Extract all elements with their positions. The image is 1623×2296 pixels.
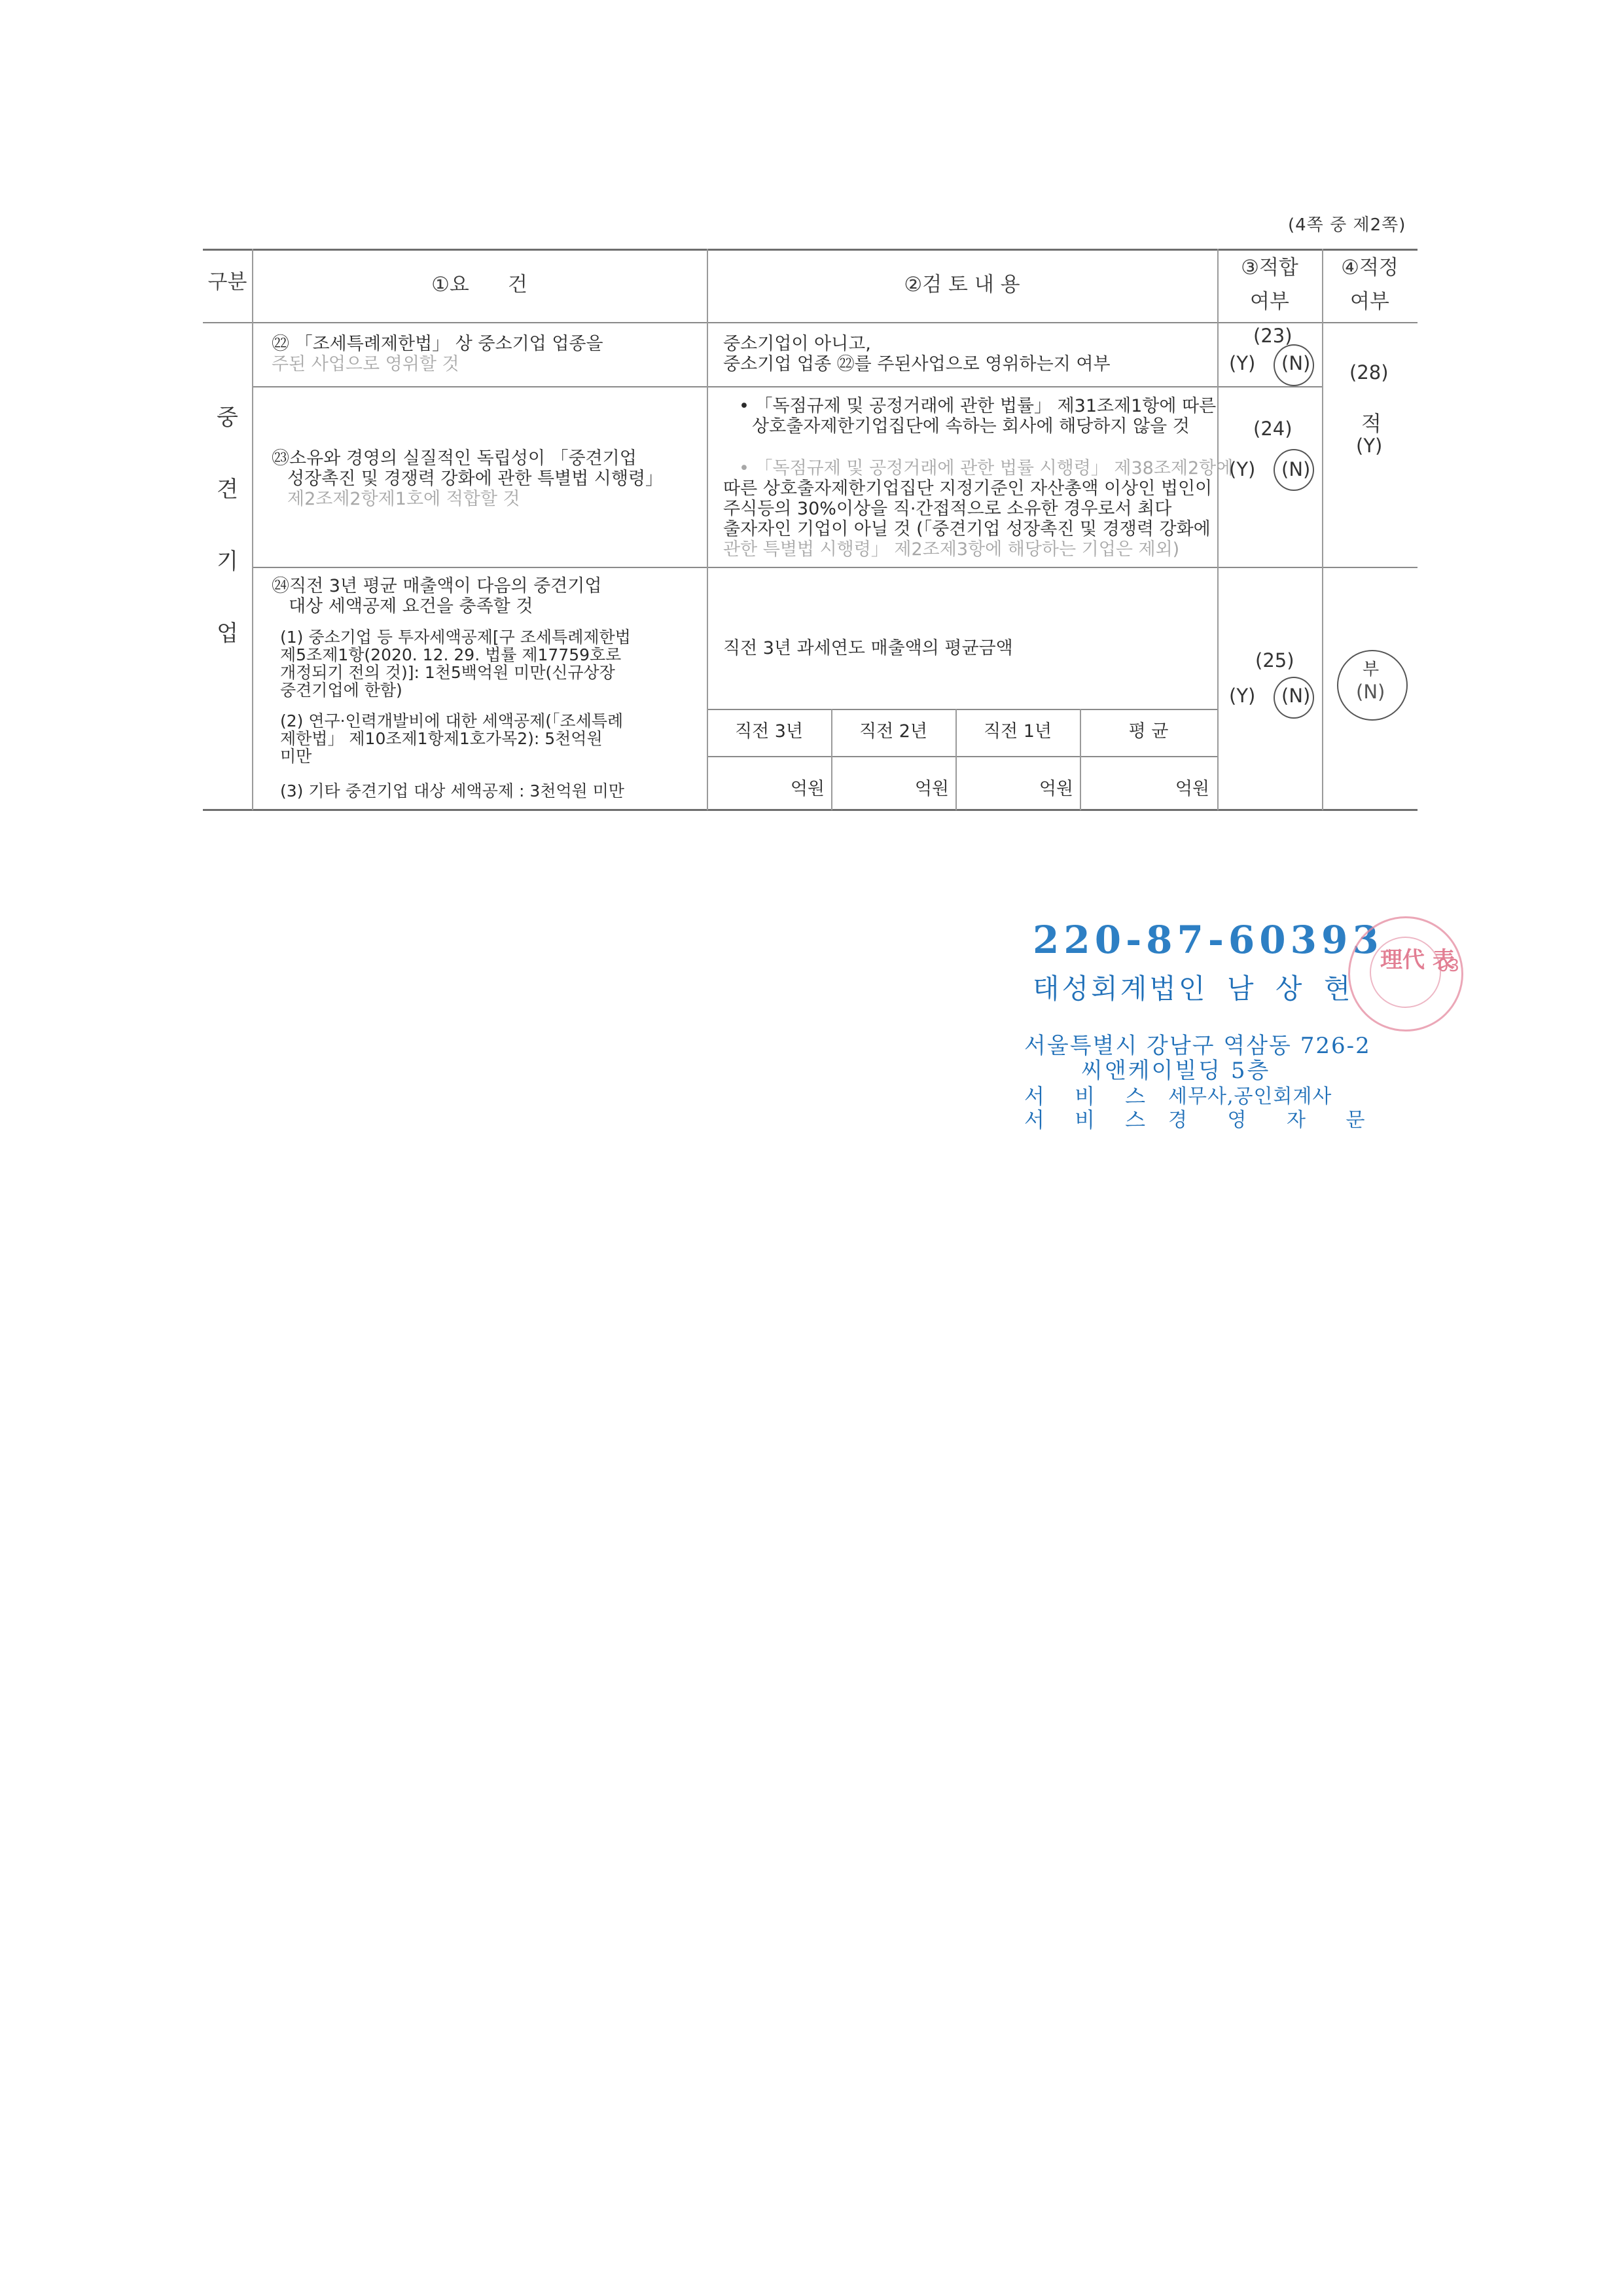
category-char-2: 견 [203,471,252,503]
revenue-header-2y: 직전 2년 [831,721,955,742]
row1-divider [252,386,1322,387]
row3-sub-item-2: (2) 연구·인력개발비에 대한 세액공제(「조세특례 제한법」 제10조제1항… [280,712,623,765]
revenue-header-bottom [707,756,1217,757]
page-indicator: (4쪽 중 제2쪽) [1288,211,1406,236]
revenue-value-2y[interactable]: 억원 [831,779,949,799]
revenue-value-1y[interactable]: 억원 [955,779,1073,799]
firm-name: 태성회계법인 [1033,967,1207,1007]
seal-number: 03 [1438,956,1459,976]
row1-fit-yes[interactable]: (Y) [1229,352,1255,374]
category-char-3: 기 [203,543,252,575]
revenue-header-3y: 직전 3년 [707,721,831,742]
header-requirement: ①요 건 [252,275,707,295]
revenue-header-1y: 직전 1년 [955,721,1080,742]
row3-sub-item-1: (1) 중소기업 등 투자세액공제[구 조세특례제한법 제5조제1항(2020.… [280,628,631,699]
header-review: ②검 토 내 용 [707,275,1217,295]
row1-requirement: ㉒ 「조세특례제한법」 상 중소기업 업종을 주된 사업으로 영위할 것 [272,334,603,374]
appropriate-row3-circle [1337,650,1408,721]
row2-review-bullet-2: • 「독점규제 및 공정거래에 관한 법률 시행령」 제38조제2항에 따른 상… [723,458,1233,560]
header-appropriate-line1: ④적정 [1322,258,1418,278]
official-seal-icon: 理代 表 03 [1348,916,1463,1031]
revenue-header-top [707,709,1217,710]
row3-fit-yes[interactable]: (Y) [1229,685,1255,707]
revenue-header-avg: 평 균 [1080,721,1217,742]
category-char-4: 업 [203,615,252,647]
header-fit-line2: 여부 [1217,292,1322,312]
row3-review-text: 직전 3년 과세연도 매출액의 평균금액 [723,638,1013,658]
row3-fit-no-circle [1274,677,1314,719]
review-table: 구분 ①요 건 ②검 토 내 용 ③적합 여부 ④적정 여부 중 견 기 업 ㉒… [203,249,1418,810]
row2-fit-yes[interactable]: (Y) [1229,458,1255,480]
representative-name: 남 상 현 [1227,967,1357,1007]
revenue-value-3y[interactable]: 억원 [707,779,825,799]
appropriate-code: (28) [1349,361,1389,384]
service-value-2: 경 영 자 문 [1168,1103,1382,1132]
header-appropriate-line2: 여부 [1322,292,1418,312]
row3-requirement: ㉔직전 3년 평균 매출액이 다음의 중견기업 대상 세액공제 요건을 충족할 … [272,576,601,617]
revenue-value-avg[interactable]: 억원 [1080,779,1209,799]
row1-review: 중소기업이 아니고, 중소기업 업종 ㉒를 주된사업으로 영위하는지 여부 [723,334,1111,374]
service-label-2: 서 비 스 [1024,1103,1157,1134]
table-bottom-border [203,809,1418,811]
row2-divider-col4 [1322,567,1418,568]
row1-fit-no-circle [1274,344,1314,386]
row1-fit-code: (23) [1253,325,1293,347]
col-divider-category [252,249,253,810]
category-char-1: 중 [203,399,252,431]
row2-fit-no-circle [1274,449,1314,491]
row2-requirement: ㉓소유와 경영의 실질적인 독립성이 「중견기업 성장촉진 및 경쟁력 강화에 … [272,448,663,509]
header-fit-line1: ③적합 [1217,258,1322,278]
appropriate-value[interactable]: (Y) [1356,435,1382,457]
appropriate-label: 적 [1361,407,1382,437]
header-divider [203,322,1418,323]
row2-divider [252,567,1322,568]
header-category: 구분 [203,272,252,293]
business-number: 220-87-60393 [1033,918,1383,962]
table-top-border [203,249,1418,251]
row3-sub-item-3: (3) 기타 중견기업 대상 세액공제 : 3천억원 미만 [280,782,624,800]
col-divider-fit [1322,249,1323,810]
row2-review-bullet-1: • 「독점규제 및 공정거래에 관한 법률」 제31조제1항에 따른 상호출자제… [730,396,1216,437]
row2-fit-code: (24) [1253,418,1293,440]
row3-fit-code: (25) [1255,649,1294,672]
